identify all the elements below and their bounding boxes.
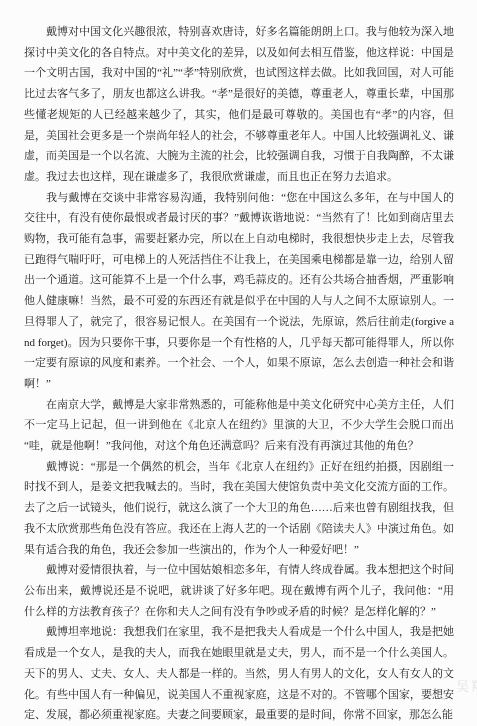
book-page: 戴博对中国文化兴趣很浓，特别喜欢唐诗，好多名篇能朗朗上口。我与他较为深入地探讨中… <box>0 0 477 726</box>
paragraph-4: 戴博说：“那是一个偶然的机会，当年《北京人在纽约》正好在纽约拍摄，因剧组一时找不… <box>24 457 454 561</box>
watermark-fragment: 吴翔 <box>456 676 477 695</box>
article-text: 戴博对中国文化兴趣很浓，特别喜欢唐诗，好多名篇能朗朗上口。我与他较为深入地探讨中… <box>24 22 454 726</box>
paragraph-5: 戴博对爱情很执着，与一位中国姑娘相恋多年，有情人终成眷属。我本想把这个时间公布出… <box>24 560 454 622</box>
paragraph-1: 戴博对中国文化兴趣很浓，特别喜欢唐诗，好多名篇能朗朗上口。我与他较为深入地探讨中… <box>24 22 454 188</box>
paragraph-2: 我与戴博在交谈中非常容易沟通，我特别问他：“您在中国这么多年，在与中国人的交往中… <box>24 188 454 395</box>
paragraph-3: 在南京大学，戴博是大家非常熟悉的，可能称他是中美文化研究中心美方主任，人们不一定… <box>24 395 454 457</box>
paragraph-6: 戴博坦率地说：我想我们在家里，我不是把我夫人看成是一个什么中国人，我是把她看成是… <box>24 622 454 726</box>
